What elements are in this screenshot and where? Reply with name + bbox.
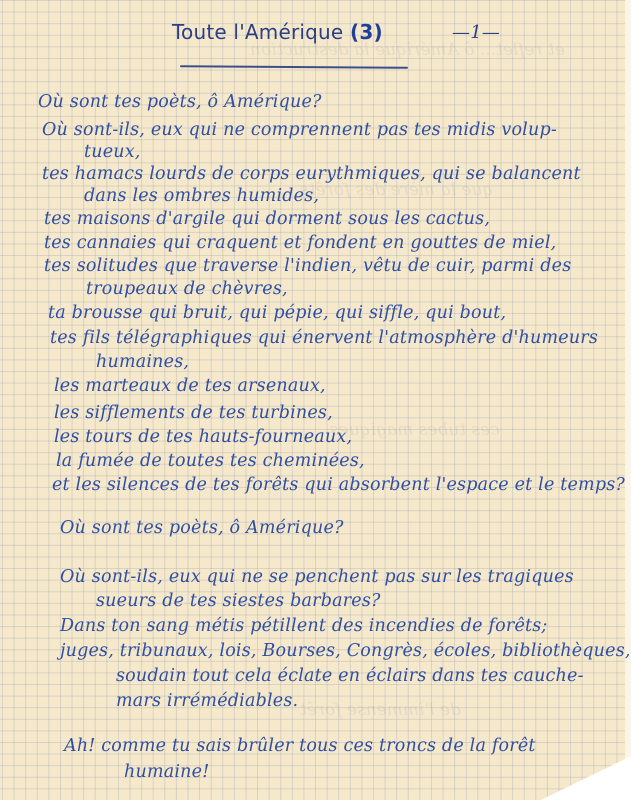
poem-line: ta brousse qui bruit, qui pépie, qui sif… <box>48 303 506 323</box>
poem-line: les sifflements de tes turbines, <box>54 403 333 423</box>
manuscript-page: et reflet... ô Amérique la destruction q… <box>0 0 631 800</box>
poem-line: tueux, <box>84 142 141 162</box>
poem-line: sueurs de tes siestes barbares? <box>96 591 381 611</box>
poem-line: soudain tout cela éclate en éclairs dans… <box>116 666 584 686</box>
poem-line: Où sont tes poèts, ô Amérique? <box>60 518 344 538</box>
poem-line: et les silences de tes forêts qui absorb… <box>52 475 625 495</box>
poem-line: tes hamacs lourds de corps eurythmiques,… <box>42 164 581 184</box>
poem-line: tes solitudes que traverse l'indien, vêt… <box>44 256 571 276</box>
poem-line: la fumée de toutes tes cheminées, <box>56 451 365 471</box>
title-text: Toute l'Amérique <box>172 20 343 44</box>
poem-line: troupeaux de chèvres, <box>86 279 288 299</box>
page-number: —1— <box>452 22 500 43</box>
poem-line: Où sont tes poèts, ô Amérique? <box>38 92 322 112</box>
title-number: (3) <box>350 20 383 44</box>
poem-line: les marteaux de tes arsenaux, <box>54 376 326 396</box>
poem-line: tes cannaies qui craquent et fondent en … <box>44 233 556 253</box>
poem-line: tes fils télégraphiques qui énervent l'a… <box>50 328 598 348</box>
poem-line: mars irrémédiables. <box>116 691 298 711</box>
poem-line: humaine! <box>124 762 209 782</box>
poem-line: Ah! comme tu sais brûler tous ces troncs… <box>64 736 536 756</box>
page-title: Toute l'Amérique (3) <box>172 20 383 44</box>
poem-line: Où sont-ils, eux qui ne se penchent pas … <box>60 567 574 587</box>
poem-line: Où sont-ils, eux qui ne comprennent pas … <box>42 120 557 140</box>
poem-line: dans les ombres humides, <box>84 186 319 206</box>
poem-line: tes maisons d'argile qui dorment sous le… <box>44 209 490 229</box>
bleed-through-text: ces tubes magiques <box>330 420 500 440</box>
poem-line: juges, tribunaux, lois, Bourses, Congrès… <box>60 641 631 661</box>
poem-line: Dans ton sang métis pétillent des incend… <box>60 616 548 636</box>
title-underline <box>180 65 408 69</box>
poem-line: humaines, <box>96 352 189 372</box>
bleed-through-text: de l'immense forêt <box>300 700 461 720</box>
paper-edge <box>625 0 631 800</box>
poem-line: les tours de tes hauts-fourneaux, <box>54 427 352 447</box>
